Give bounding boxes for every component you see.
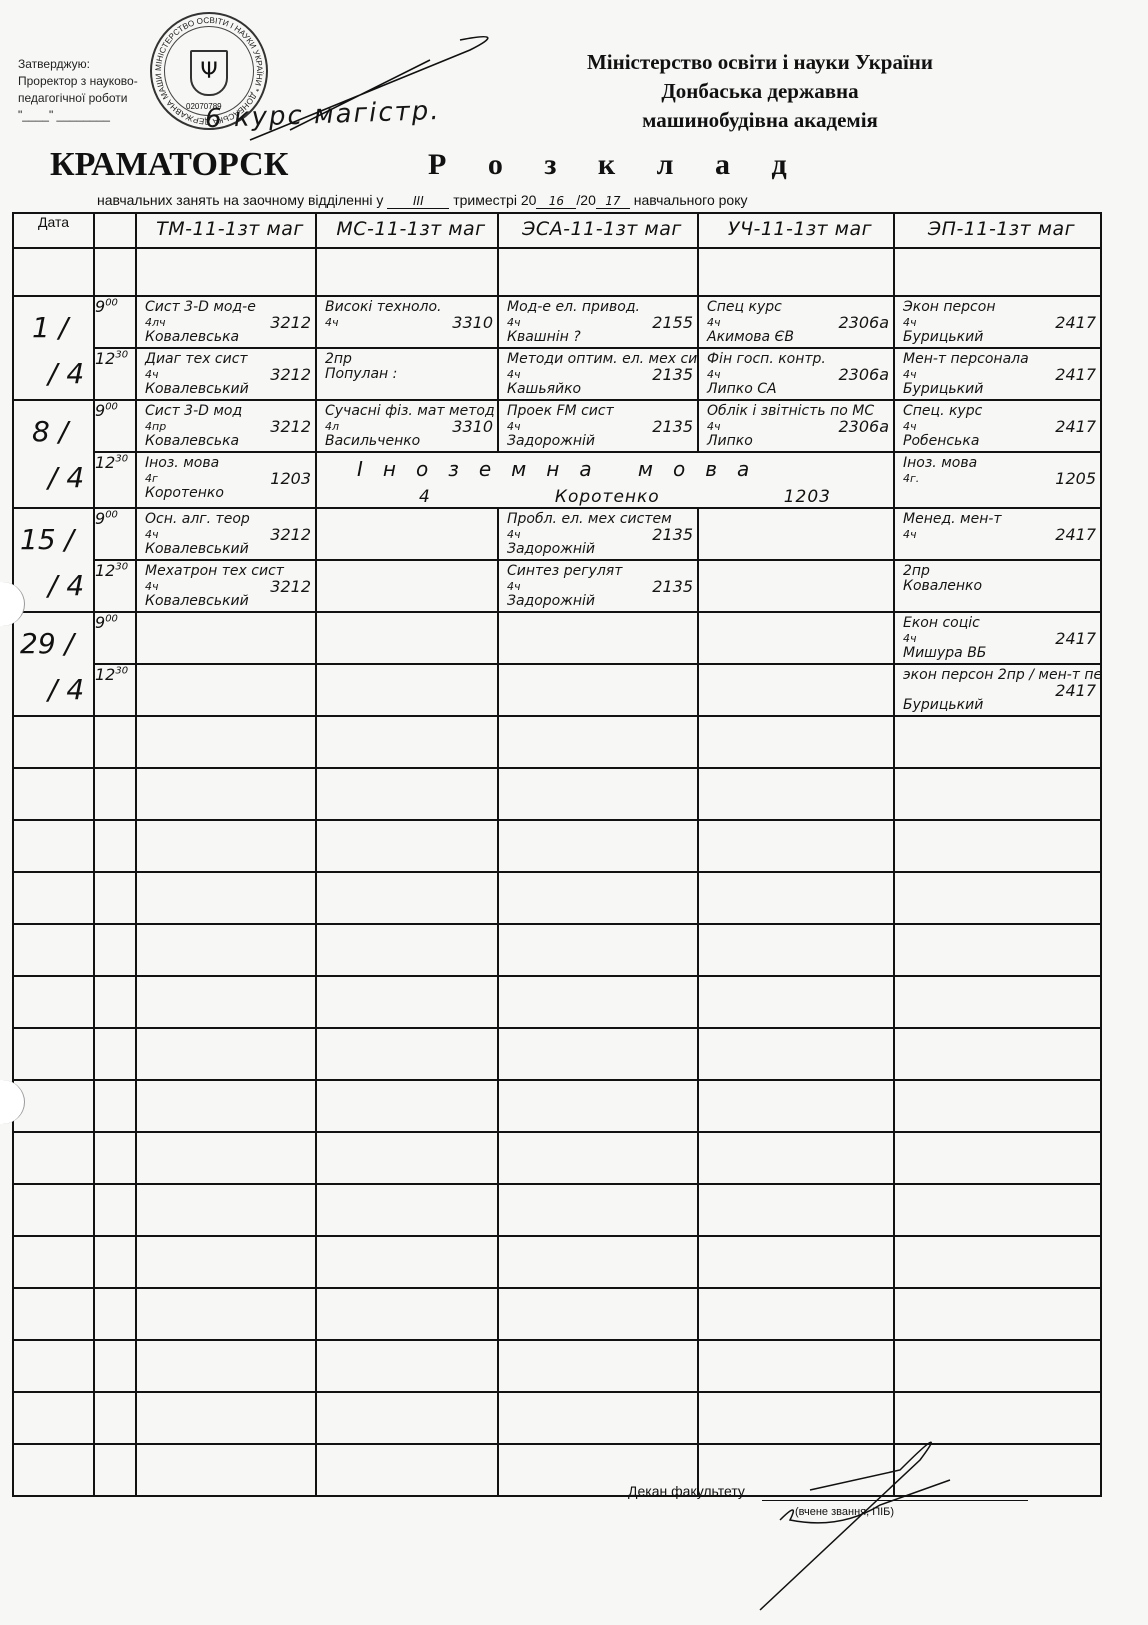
empty-cell — [498, 1236, 698, 1288]
empty-table-row — [13, 1236, 1101, 1288]
empty-cell — [698, 872, 894, 924]
time-cell: 1230 — [94, 664, 136, 716]
class-teacher: Коротенко — [555, 487, 660, 507]
class-cell: Осн. алг. теор4ч3212Ковалевський — [136, 508, 316, 560]
table-row: 8 // 4900Сист 3-D мод4пр3212КовалевськаС… — [13, 400, 1101, 452]
empty-cell — [136, 1028, 316, 1080]
group-header: ЭП-11-1зт маг — [894, 213, 1101, 248]
time-cell: 1230 — [94, 348, 136, 400]
class-cell — [698, 508, 894, 560]
class-meta: 4ч2417 — [903, 419, 1096, 434]
class-meta: 4лч3212 — [145, 315, 311, 330]
class-meta: 4г.1205 — [903, 471, 1096, 486]
empty-table-row — [13, 1184, 1101, 1236]
empty-cell — [13, 1080, 94, 1132]
class-type: 4ч — [903, 527, 917, 542]
empty-cell — [894, 924, 1101, 976]
class-room: 2135 — [652, 527, 693, 542]
class-cell: Менед. мен-т4ч2417 — [894, 508, 1101, 560]
empty-cell — [13, 924, 94, 976]
class-cell: Мен-т персонала4ч2417Бурицький — [894, 348, 1101, 400]
empty-cell — [698, 1340, 894, 1392]
approval-line-1: Затверджую: — [18, 56, 138, 73]
class-teacher: Липко — [707, 434, 889, 449]
class-entry: экон персон 2пр / мен-т перс. 2пр2417Бур… — [895, 665, 1100, 713]
subtitle-sep: /20 — [576, 192, 595, 208]
class-type: 4ч — [507, 367, 521, 382]
empty-cell — [94, 1340, 136, 1392]
empty-cell — [894, 976, 1101, 1028]
class-cell: Екон соціс4ч2417Мишура ВБ — [894, 612, 1101, 664]
class-meta: 4ч3212 — [145, 527, 311, 542]
table-row: 1230экон персон 2пр / мен-т перс. 2пр241… — [13, 664, 1101, 716]
empty-cell — [136, 872, 316, 924]
date-month: / 4 — [48, 673, 84, 706]
class-cell — [316, 612, 498, 664]
class-teacher: Ковалевський — [145, 382, 311, 397]
class-teacher: Задорожній — [507, 542, 693, 557]
class-cell: Методи оптим. ел. мех сист4ч2135Кашьяйко — [498, 348, 698, 400]
class-type: 4ч — [903, 367, 917, 382]
time-cell: 900 — [94, 400, 136, 452]
class-teacher: Популан : — [325, 367, 493, 382]
class-cell — [316, 508, 498, 560]
class-teacher: Акимова ЄВ — [707, 330, 889, 345]
class-cell — [316, 560, 498, 612]
empty-cell — [136, 716, 316, 768]
class-type: 4ч — [145, 527, 159, 542]
time-minutes: 30 — [115, 454, 128, 465]
class-cell: Спец. курс4ч2417Робенська — [894, 400, 1101, 452]
class-meta: 2417 — [903, 683, 1096, 698]
class-meta: 4ч2135 — [507, 419, 693, 434]
empty-cell — [498, 1288, 698, 1340]
class-room: 2135 — [652, 367, 693, 382]
empty-cell — [698, 976, 894, 1028]
class-type: 4ч — [507, 579, 521, 594]
empty-cell — [894, 872, 1101, 924]
class-room: 2135 — [652, 579, 693, 594]
empty-cell — [894, 768, 1101, 820]
empty-cell — [498, 820, 698, 872]
empty-cell — [136, 768, 316, 820]
class-cell: Фін госп. контр.4ч2306аЛипко СА — [698, 348, 894, 400]
empty-cell — [13, 820, 94, 872]
date-day: 8 / — [32, 415, 68, 448]
class-meta: 4г1203 — [145, 471, 311, 486]
group-header: МС-11-1зт маг — [316, 213, 498, 248]
empty-cell — [316, 1444, 498, 1496]
table-row: 1230Диаг тех сист4ч3212Ковалевський2прПо… — [13, 348, 1101, 400]
class-room: 2135 — [652, 419, 693, 434]
empty-cell — [136, 1080, 316, 1132]
empty-cell — [498, 976, 698, 1028]
date-day: 15 / — [20, 523, 74, 556]
empty-cell — [698, 1288, 894, 1340]
class-cell: Проек FM сист4ч2135Задорожній — [498, 400, 698, 452]
empty-cell — [94, 1080, 136, 1132]
class-entry: Мехатрон тех сист4ч3212Ковалевський — [137, 561, 315, 609]
time-cell: 900 — [94, 508, 136, 560]
class-entry: Менед. мен-т4ч2417 — [895, 509, 1100, 542]
class-room: 3212 — [270, 419, 311, 434]
ministry-header: Міністерство освіти і науки України Донб… — [520, 48, 1000, 135]
header-row: Дата ТМ-11-1зт маг МС-11-1зт маг ЭСА-11-… — [13, 213, 1101, 248]
class-type: 4г — [145, 471, 158, 486]
class-cell: Облік і звітність по МС4ч2306аЛипко — [698, 400, 894, 452]
class-meta: 4ч2417 — [903, 367, 1096, 382]
class-teacher: Бурицький — [903, 382, 1096, 397]
class-entry: 2прПопулан : — [317, 349, 497, 382]
empty-cell — [498, 1392, 698, 1444]
class-cell — [698, 612, 894, 664]
empty-cell — [894, 1340, 1101, 1392]
empty-table-row — [13, 820, 1101, 872]
class-room: 3212 — [270, 579, 311, 594]
class-meta: 4ч2417 — [903, 527, 1096, 542]
class-type: 4л — [325, 419, 339, 434]
empty-cell — [94, 1444, 136, 1496]
time-cell: 1230 — [94, 452, 136, 508]
empty-cell — [894, 1288, 1101, 1340]
empty-cell — [94, 1184, 136, 1236]
class-room: 3310 — [452, 315, 493, 330]
date-day: 29 / — [20, 627, 74, 660]
empty-table-row — [13, 1028, 1101, 1080]
class-cell: экон персон 2пр / мен-т перс. 2пр2417Бур… — [894, 664, 1101, 716]
merged-meta: 4Коротенко1203 — [357, 481, 893, 507]
class-subject: 2пр — [325, 352, 493, 367]
city-title: КРАМАТОРСК — [50, 146, 288, 184]
class-meta: 4ч2306а — [707, 367, 889, 382]
class-meta: 4ч3212 — [145, 367, 311, 382]
class-entry: Облік і звітність по МС4ч2306аЛипко — [699, 401, 893, 449]
empty-cell — [498, 716, 698, 768]
empty-table-row — [13, 1132, 1101, 1184]
document-title: Р о з к л а д — [428, 148, 804, 182]
class-entry: Диаг тех сист4ч3212Ковалевський — [137, 349, 315, 397]
class-teacher: Бурицький — [903, 330, 1096, 345]
subtitle: навчальних занять на заочному відділенні… — [97, 192, 747, 209]
time-minutes: 00 — [105, 614, 118, 625]
empty-cell — [94, 872, 136, 924]
class-meta: 4ч2135 — [507, 579, 693, 594]
class-teacher: Липко СА — [707, 382, 889, 397]
empty-cell — [698, 1236, 894, 1288]
empty-cell — [498, 1132, 698, 1184]
class-type: 4пр — [145, 419, 166, 434]
class-room: 3212 — [270, 527, 311, 542]
empty-cell — [136, 1288, 316, 1340]
date-day: 1 / — [32, 311, 68, 344]
empty-cell — [698, 924, 894, 976]
class-entry: Осн. алг. теор4ч3212Ковалевський — [137, 509, 315, 557]
class-cell: Мехатрон тех сист4ч3212Ковалевський — [136, 560, 316, 612]
empty-cell — [94, 768, 136, 820]
class-entry: Сист 3-D мод4пр3212Ковалевська — [137, 401, 315, 449]
empty-cell — [13, 1444, 94, 1496]
class-cell: Пробл. ел. мех систем4ч2135Задорожній — [498, 508, 698, 560]
empty-cell — [136, 820, 316, 872]
class-room: 3212 — [270, 315, 311, 330]
class-entry: Проек FM сист4ч2135Задорожній — [499, 401, 697, 449]
empty-cell — [698, 1132, 894, 1184]
class-entry: Спец. курс4ч2417Робенська — [895, 401, 1100, 449]
date-month: / 4 — [48, 569, 84, 602]
class-cell: Високі техноло.4ч3310 — [316, 296, 498, 348]
date-cell: 29 // 4 — [13, 612, 94, 716]
empty-cell — [136, 1132, 316, 1184]
class-teacher: Васильченко — [325, 434, 493, 449]
empty-cell — [136, 1340, 316, 1392]
empty-cell — [894, 1028, 1101, 1080]
class-type: 4ч — [507, 315, 521, 330]
empty-cell — [13, 1132, 94, 1184]
empty-table-row — [13, 1080, 1101, 1132]
class-cell — [498, 664, 698, 716]
class-teacher: Мишура ВБ — [903, 646, 1096, 661]
empty-cell — [698, 1184, 894, 1236]
date-month: / 4 — [48, 461, 84, 494]
class-room: 3310 — [452, 419, 493, 434]
subtitle-suffix: навчального року — [634, 192, 748, 208]
class-entry: Високі техноло.4ч3310 — [317, 297, 497, 330]
time-minutes: 30 — [115, 350, 128, 361]
class-entry: Методи оптим. ел. мех сист4ч2135Кашьяйко — [499, 349, 697, 397]
class-cell: Іноз. мова4г.1205 — [894, 452, 1101, 508]
class-cell — [698, 664, 894, 716]
class-room: 2306а — [838, 419, 889, 434]
empty-cell — [94, 924, 136, 976]
class-meta: 4пр3212 — [145, 419, 311, 434]
class-room: 3212 — [270, 367, 311, 382]
class-entry: Мен-т персонала4ч2417Бурицький — [895, 349, 1100, 397]
class-room: 2417 — [1055, 683, 1096, 698]
group-header: ТМ-11-1зт маг — [136, 213, 316, 248]
empty-cell — [316, 716, 498, 768]
empty-cell — [498, 1080, 698, 1132]
time-minutes: 30 — [115, 562, 128, 573]
empty-table-row — [13, 716, 1101, 768]
class-teacher: Робенська — [903, 434, 1096, 449]
empty-cell — [316, 1132, 498, 1184]
class-type: 4ч — [145, 367, 159, 382]
class-type: 4ч — [325, 315, 339, 330]
class-teacher: Ковалевська — [145, 434, 311, 449]
class-room: 2417 — [1055, 315, 1096, 330]
empty-cell — [698, 716, 894, 768]
approval-block: Затверджую: Проректор з науково- педагог… — [18, 56, 138, 124]
empty-table-row — [13, 924, 1101, 976]
empty-cell — [316, 1028, 498, 1080]
empty-cell — [498, 872, 698, 924]
class-room: 1205 — [1055, 471, 1096, 486]
ministry-line-2: Донбаська державна — [520, 77, 1000, 106]
table-row: 1230Іноз. мова4г1203КоротенкоІноземна мо… — [13, 452, 1101, 508]
table-row: 29 // 4900Екон соціс4ч2417Мишура ВБ — [13, 612, 1101, 664]
date-cell: 15 // 4 — [13, 508, 94, 612]
empty-cell — [894, 716, 1101, 768]
dean-signature — [720, 1420, 980, 1620]
class-cell: 2прКоваленко — [894, 560, 1101, 612]
empty-cell — [13, 1184, 94, 1236]
class-cell: Сист 3-D мод-е4лч3212Ковалевська — [136, 296, 316, 348]
class-cell: Синтез регулят4ч2135Задорожній — [498, 560, 698, 612]
class-meta: 4ч2417 — [903, 315, 1096, 330]
subtitle-prefix: навчальних занять на заочному відділенні… — [97, 192, 383, 208]
class-type: 4ч — [707, 419, 721, 434]
time-cell: 900 — [94, 296, 136, 348]
empty-cell — [698, 768, 894, 820]
empty-cell — [894, 1184, 1101, 1236]
class-cell: 2прПопулан : — [316, 348, 498, 400]
empty-cell — [316, 872, 498, 924]
empty-cell — [13, 1028, 94, 1080]
merged-subject: Іноземна мова4Коротенко1203 — [317, 453, 893, 507]
class-meta: 4ч3212 — [145, 579, 311, 594]
class-meta: 4ч2306а — [707, 315, 889, 330]
schedule-table: Дата ТМ-11-1зт маг МС-11-1зт маг ЭСА-11-… — [12, 212, 1102, 1497]
approval-signature — [230, 20, 510, 150]
class-meta: 4ч2135 — [507, 367, 693, 382]
empty-cell — [136, 924, 316, 976]
empty-cell — [94, 1392, 136, 1444]
approval-line-3: педагогічної роботи — [18, 90, 138, 107]
time-minutes: 00 — [105, 298, 118, 309]
class-cell — [498, 612, 698, 664]
class-entry: Экон персон4ч2417Бурицький — [895, 297, 1100, 345]
class-room: 2417 — [1055, 367, 1096, 382]
class-teacher: Задорожній — [507, 594, 693, 609]
class-entry: Сист 3-D мод-е4лч3212Ковалевська — [137, 297, 315, 345]
class-teacher: Коваленко — [903, 579, 1096, 594]
class-type: 4ч — [707, 367, 721, 382]
empty-cell — [94, 1132, 136, 1184]
class-teacher: Квашнін ? — [507, 330, 693, 345]
class-teacher: Кашьяйко — [507, 382, 693, 397]
class-type: 4ч — [145, 579, 159, 594]
empty-cell — [316, 924, 498, 976]
class-room: 1203 — [784, 487, 831, 507]
group-header: УЧ-11-1зт маг — [698, 213, 894, 248]
class-type: 4ч — [507, 527, 521, 542]
class-entry: 2прКоваленко — [895, 561, 1100, 594]
class-entry: Іноз. мова4г.1205 — [895, 453, 1100, 486]
empty-cell — [316, 1340, 498, 1392]
class-room: 2306а — [838, 367, 889, 382]
empty-cell — [94, 1288, 136, 1340]
table-row: 1 // 4900Сист 3-D мод-е4лч3212Ковалевськ… — [13, 296, 1101, 348]
empty-cell — [316, 1288, 498, 1340]
empty-cell — [316, 1236, 498, 1288]
empty-cell — [13, 716, 94, 768]
empty-cell — [698, 1080, 894, 1132]
empty-cell — [498, 1340, 698, 1392]
empty-cell — [316, 1184, 498, 1236]
ministry-line-1: Міністерство освіти і науки України — [520, 48, 1000, 77]
class-cell — [698, 560, 894, 612]
class-room: 2417 — [1055, 419, 1096, 434]
class-meta: 4ч3310 — [325, 315, 493, 330]
empty-cell — [136, 1392, 316, 1444]
class-teacher: Ковалевський — [145, 542, 311, 557]
class-cell: Мод-е ел. привод.4ч2155Квашнін ? — [498, 296, 698, 348]
table-row: 15 // 4900Осн. алг. теор4ч3212Ковалевськ… — [13, 508, 1101, 560]
empty-table-row — [13, 768, 1101, 820]
class-cell: Сист 3-D мод4пр3212Ковалевська — [136, 400, 316, 452]
empty-cell — [94, 820, 136, 872]
class-type: 4ч — [903, 419, 917, 434]
time-minutes: 00 — [105, 402, 118, 413]
class-entry: Екон соціс4ч2417Мишура ВБ — [895, 613, 1100, 661]
approval-line-4: "____" ________ — [18, 107, 138, 124]
class-entry: Фін госп. контр.4ч2306аЛипко СА — [699, 349, 893, 397]
empty-cell — [498, 1184, 698, 1236]
class-room: 2417 — [1055, 527, 1096, 542]
class-type: 4 — [419, 487, 431, 507]
empty-cell — [13, 1236, 94, 1288]
date-month: / 4 — [48, 357, 84, 390]
empty-cell — [894, 820, 1101, 872]
empty-cell — [94, 1236, 136, 1288]
class-entry: Іноз. мова4г1203Коротенко — [137, 453, 315, 501]
empty-cell — [13, 768, 94, 820]
trident-emblem-icon: Ψ — [190, 50, 228, 96]
year-start-field: 16 — [536, 194, 576, 209]
class-type: 4лч — [145, 315, 166, 330]
group-header: ЭСА-11-1зт маг — [498, 213, 698, 248]
schedule-body: 1 // 4900Сист 3-D мод-е4лч3212Ковалевськ… — [13, 296, 1101, 1496]
year-end-field: 17 — [596, 194, 630, 209]
time-minutes: 00 — [105, 510, 118, 521]
empty-cell — [698, 1028, 894, 1080]
class-entry: Сучасні фіз. мат метод4л3310Васильченко — [317, 401, 497, 449]
table-row: 1230Мехатрон тех сист4ч3212КовалевськийС… — [13, 560, 1101, 612]
empty-cell — [498, 924, 698, 976]
time-cell: 900 — [94, 612, 136, 664]
class-teacher: Задорожній — [507, 434, 693, 449]
empty-cell — [136, 1184, 316, 1236]
ministry-line-3: машинобудівна академія — [520, 106, 1000, 135]
class-type: 4ч — [507, 419, 521, 434]
class-meta: 4ч2417 — [903, 631, 1096, 646]
empty-cell — [136, 1444, 316, 1496]
class-type: 4г. — [903, 471, 919, 486]
trimester-field: III — [387, 194, 449, 209]
merged-class-cell: Іноземна мова4Коротенко1203 — [316, 452, 894, 508]
empty-cell — [894, 1080, 1101, 1132]
empty-cell — [498, 1028, 698, 1080]
empty-table-row — [13, 1288, 1101, 1340]
empty-cell — [316, 976, 498, 1028]
approval-line-2: Проректор з науково- — [18, 73, 138, 90]
class-entry: Синтез регулят4ч2135Задорожній — [499, 561, 697, 609]
class-entry: Пробл. ел. мех систем4ч2135Задорожній — [499, 509, 697, 557]
date-cell: 8 // 4 — [13, 400, 94, 508]
empty-cell — [316, 820, 498, 872]
class-room: 1203 — [270, 471, 311, 486]
empty-cell — [136, 976, 316, 1028]
class-cell — [136, 612, 316, 664]
time-column-header — [94, 213, 136, 248]
date-cell: 1 // 4 — [13, 296, 94, 400]
time-minutes: 30 — [115, 666, 128, 677]
empty-cell — [498, 768, 698, 820]
class-cell: Сучасні фіз. мат метод4л3310Васильченко — [316, 400, 498, 452]
empty-cell — [13, 1340, 94, 1392]
empty-cell — [894, 1132, 1101, 1184]
class-meta: 4ч2155 — [507, 315, 693, 330]
